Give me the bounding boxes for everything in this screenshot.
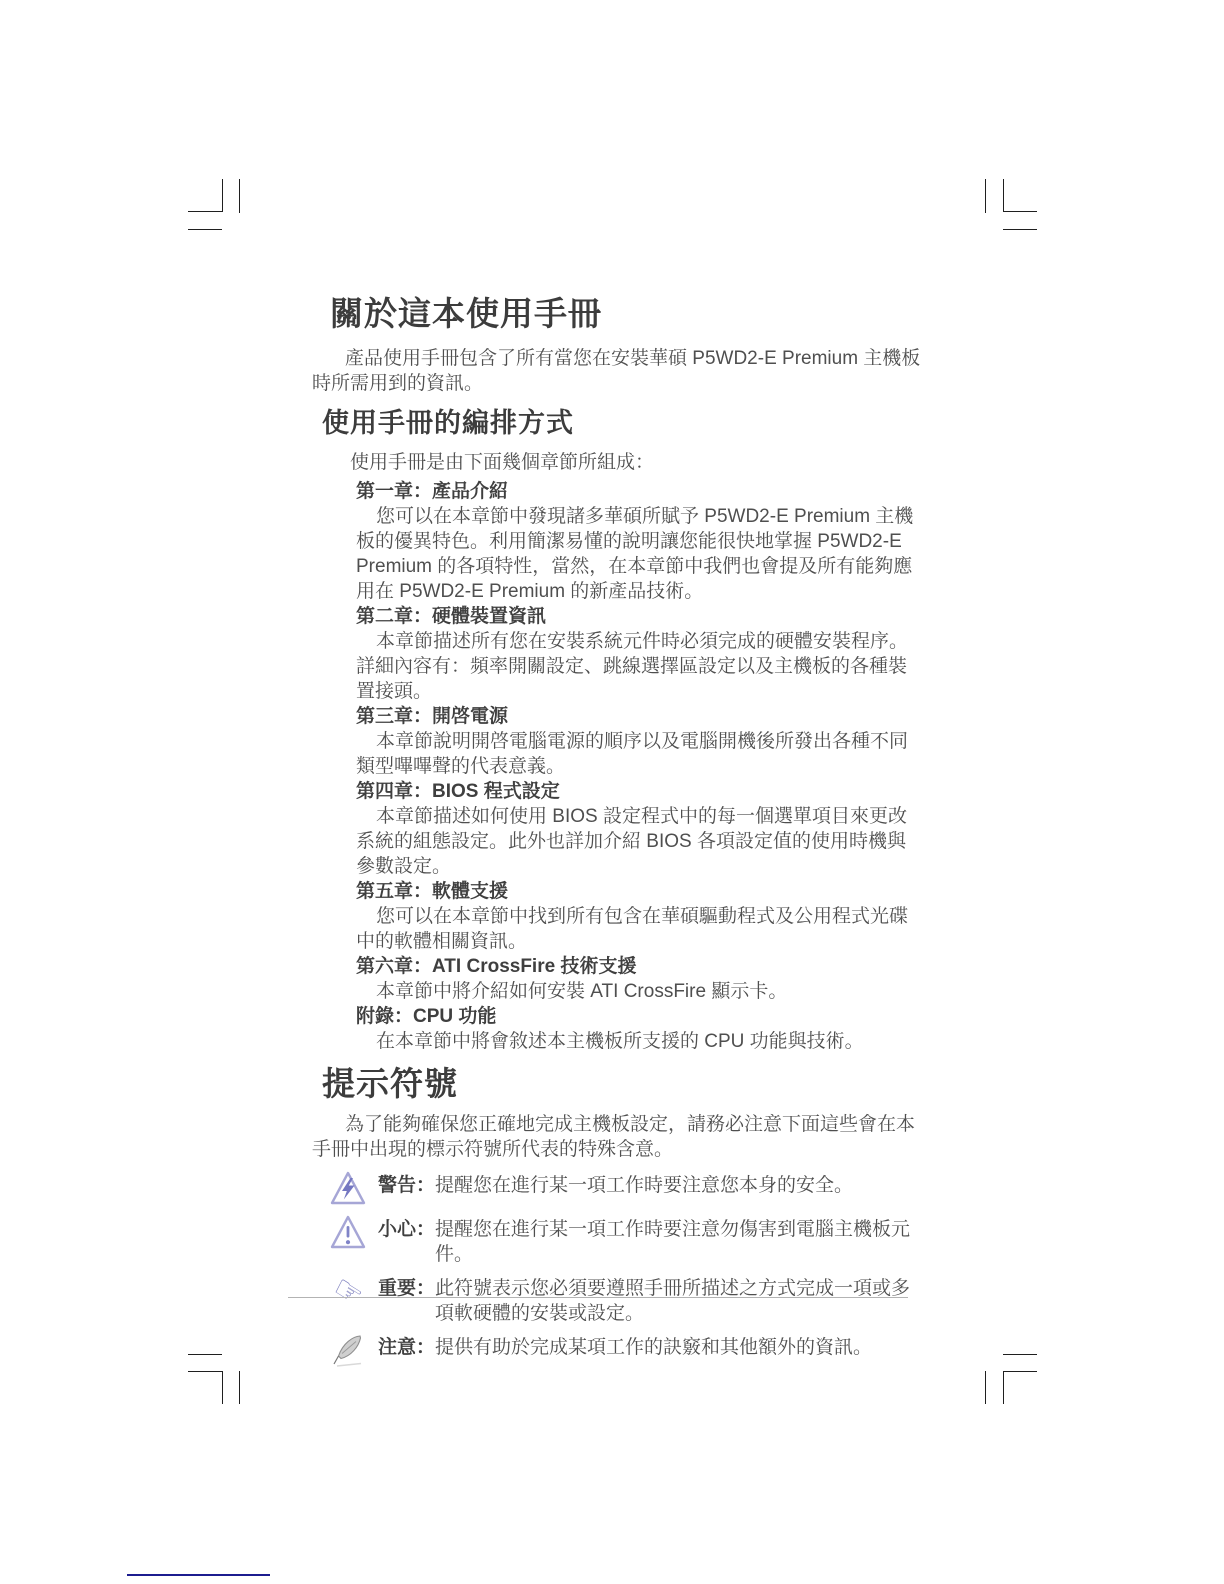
- chapter-heading: 第四章：BIOS 程式設定: [356, 779, 924, 804]
- crop-mark-top-left-h1: [188, 211, 222, 212]
- symbols-lead: 為了能夠確保您正確地完成主機板設定，請務必注意下面這些會在本手冊中出現的標示符號…: [312, 1112, 924, 1162]
- page-title: 關於這本使用手冊: [330, 296, 924, 332]
- crop-mark-bottom-left-h2: [188, 1371, 222, 1372]
- notice-caution: 小心：提醒您在進行某一項工作時要注意勿傷害到電腦主機板元件。: [330, 1214, 924, 1267]
- crop-mark-bottom-left-h1: [188, 1354, 222, 1355]
- chapter-item-5: 第五章：軟體支援 您可以在本章節中找到所有包含在華碩驅動程式及公用程式光碟中的軟…: [312, 879, 924, 954]
- caution-icon: [330, 1214, 366, 1252]
- crop-mark-bottom-right-v1: [1003, 1371, 1004, 1404]
- chapter-heading: 第一章：產品介紹: [356, 479, 924, 504]
- content-column: 關於這本使用手冊 產品使用手冊包含了所有當您在安裝華碩 P5WD2-E Prem…: [312, 296, 924, 1376]
- notice-note: 注意：提供有助於完成某項工作的訣竅和其他額外的資訊。: [330, 1332, 924, 1370]
- chapter-body: 您可以在本章節中發現諸多華碩所賦予 P5WD2-E Premium 主機板的優異…: [356, 504, 924, 604]
- chapter-heading: 第五章：軟體支援: [356, 879, 924, 904]
- chapter-body: 在本章節中將會敘述本主機板所支援的 CPU 功能與技術。: [356, 1029, 924, 1054]
- notice-warning: 警告：提醒您在進行某一項工作時要注意您本身的安全。: [330, 1170, 924, 1208]
- crop-mark-top-left-v1: [222, 179, 223, 212]
- chapter-item-appendix: 附錄：CPU 功能 在本章節中將會敘述本主機板所支援的 CPU 功能與技術。: [312, 1004, 924, 1054]
- notice-important: ☞ 重要：此符號表示您必須要遵照手冊所描述之方式完成一項或多項軟硬體的安裝或設定…: [330, 1273, 924, 1326]
- crop-mark-bottom-left-v2: [239, 1371, 240, 1404]
- chapter-heading: 第二章：硬體裝置資訊: [356, 604, 924, 629]
- crop-mark-bottom-right-h1: [1003, 1354, 1037, 1355]
- chapter-item-2: 第二章：硬體裝置資訊 本章節描述所有您在安裝系統元件時必須完成的硬體安裝程序。詳…: [312, 604, 924, 704]
- chapter-item-4: 第四章：BIOS 程式設定 本章節描述如何使用 BIOS 設定程式中的每一個選單…: [312, 779, 924, 879]
- chapter-body: 本章節描述如何使用 BIOS 設定程式中的每一個選單項目來更改系統的組態設定。此…: [356, 804, 924, 879]
- notice-label: 重要：: [378, 1278, 435, 1299]
- crop-mark-top-right-h2: [1003, 229, 1037, 230]
- warning-icon: [330, 1170, 366, 1208]
- chapter-heading: 附錄：CPU 功能: [356, 1004, 924, 1029]
- crop-mark-bottom-left-v1: [222, 1371, 223, 1404]
- crop-mark-top-right-v2: [985, 179, 986, 213]
- chapter-item-6: 第六章：ATI CrossFire 技術支援 本章節中將介紹如何安裝 ATI C…: [312, 954, 924, 1004]
- intro-paragraph: 產品使用手冊包含了所有當您在安裝華碩 P5WD2-E Premium 主機板時所…: [312, 346, 924, 396]
- section-heading-organization: 使用手冊的編排方式: [322, 408, 924, 438]
- manual-page: 關於這本使用手冊 產品使用手冊包含了所有當您在安裝華碩 P5WD2-E Prem…: [0, 0, 1224, 1584]
- notice-text: 重要：此符號表示您必須要遵照手冊所描述之方式完成一項或多項軟硬體的安裝或設定。: [378, 1276, 924, 1326]
- crop-mark-top-right-v1: [1003, 179, 1004, 212]
- organization-lead: 使用手冊是由下面幾個章節所組成：: [350, 450, 924, 475]
- crop-mark-top-right-h1: [1003, 211, 1037, 212]
- notice-label: 注意：: [378, 1337, 435, 1358]
- notice-label: 警告：: [378, 1175, 435, 1196]
- important-hand-icon: ☞: [330, 1273, 366, 1311]
- chapter-body: 本章節描述所有您在安裝系統元件時必須完成的硬體安裝程序。詳細內容有：頻率開關設定…: [356, 629, 924, 704]
- crop-mark-bottom-right-h2: [1003, 1371, 1037, 1372]
- crop-mark-top-left-v2: [239, 179, 240, 213]
- notice-text: 小心：提醒您在進行某一項工作時要注意勿傷害到電腦主機板元件。: [378, 1217, 924, 1267]
- footer-accent-line: [127, 1574, 270, 1576]
- notice-text: 注意：提供有助於完成某項工作的訣竅和其他額外的資訊。: [378, 1335, 924, 1360]
- chapter-item-1: 第一章：產品介紹 您可以在本章節中發現諸多華碩所賦予 P5WD2-E Premi…: [312, 479, 924, 604]
- notice-label: 小心：: [378, 1219, 435, 1240]
- crop-mark-top-left-h2: [188, 229, 222, 230]
- footer-divider: [288, 1297, 908, 1298]
- chapter-heading: 第六章：ATI CrossFire 技術支援: [356, 954, 924, 979]
- section-heading-symbols: 提示符號: [322, 1066, 924, 1102]
- chapter-item-3: 第三章：開啓電源 本章節說明開啓電腦電源的順序以及電腦開機後所發出各種不同類型嗶…: [312, 704, 924, 779]
- crop-mark-bottom-right-v2: [985, 1371, 986, 1404]
- chapter-heading: 第三章：開啓電源: [356, 704, 924, 729]
- chapter-body: 本章節中將介紹如何安裝 ATI CrossFire 顯示卡。: [356, 979, 924, 1004]
- chapter-body: 本章節說明開啓電腦電源的順序以及電腦開機後所發出各種不同類型嗶嗶聲的代表意義。: [356, 729, 924, 779]
- note-quill-icon: [330, 1332, 366, 1370]
- chapter-body: 您可以在本章節中找到所有包含在華碩驅動程式及公用程式光碟中的軟體相關資訊。: [356, 904, 924, 954]
- notice-text: 警告：提醒您在進行某一項工作時要注意您本身的安全。: [378, 1173, 924, 1198]
